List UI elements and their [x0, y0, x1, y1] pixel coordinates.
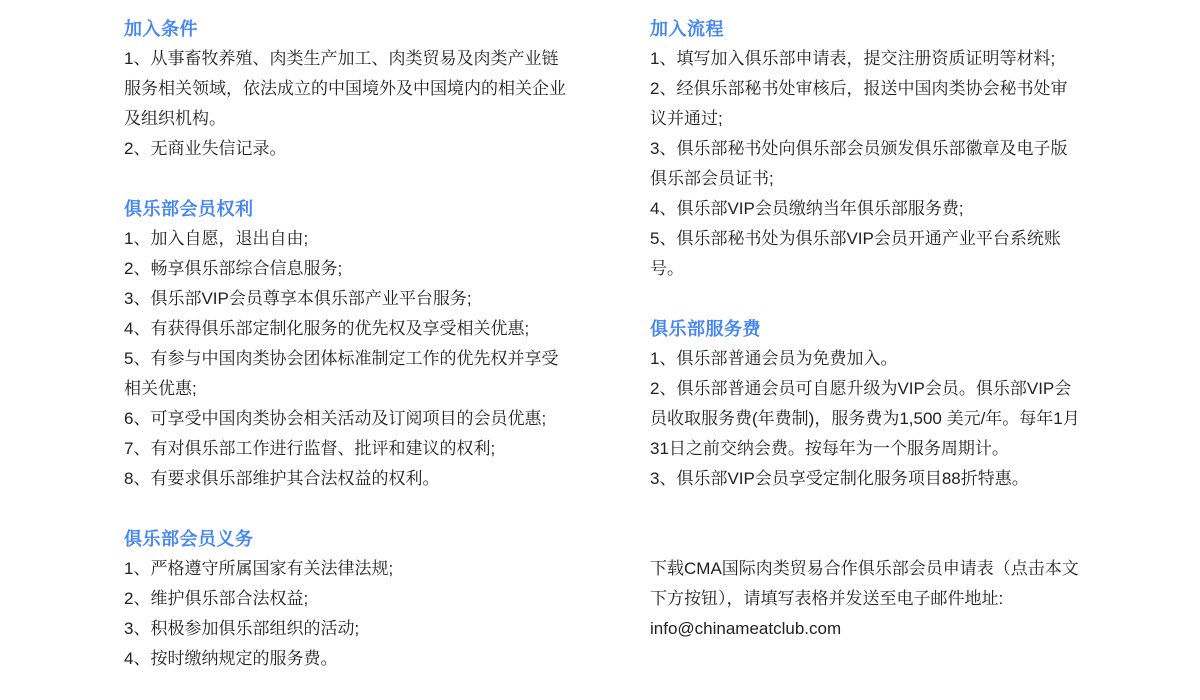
section-service-fee: 俱乐部服务费 1、俱乐部普通会员为免费加入。 2、俱乐部普通会员可自愿升级为VI…: [650, 314, 1082, 494]
section-member-obligations: 俱乐部会员义务 1、严格遵守所属国家有关法律法规; 2、维护俱乐部合法权益; 3…: [124, 524, 570, 674]
list-item: 1、从事畜牧养殖、肉类生产加工、肉类贸易及肉类产业链服务相关领域，依法成立的中国…: [124, 44, 570, 134]
list-item: 2、经俱乐部秘书处审核后，报送中国肉类协会秘书处审议并通过;: [650, 74, 1082, 134]
section-join-conditions: 加入条件 1、从事畜牧养殖、肉类生产加工、肉类贸易及肉类产业链服务相关领域，依法…: [124, 14, 570, 164]
section-heading-join-conditions: 加入条件: [124, 14, 570, 44]
right-column: 加入流程 1、填写加入俱乐部申请表，提交注册资质证明等材料; 2、经俱乐部秘书处…: [650, 14, 1082, 644]
section-heading-member-obligations: 俱乐部会员义务: [124, 524, 570, 554]
list-item: 2、维护俱乐部合法权益;: [124, 584, 570, 614]
list-item: 1、加入自愿，退出自由;: [124, 224, 570, 254]
list-item: 6、可享受中国肉类协会相关活动及订阅项目的会员优惠;: [124, 404, 570, 434]
section-member-rights: 俱乐部会员权利 1、加入自愿，退出自由; 2、畅享俱乐部综合信息服务; 3、俱乐…: [124, 194, 570, 494]
section-heading-service-fee: 俱乐部服务费: [650, 314, 1082, 344]
section-heading-join-process: 加入流程: [650, 14, 1082, 44]
list-item: 3、积极参加俱乐部组织的活动;: [124, 614, 570, 644]
list-item: 2、畅享俱乐部综合信息服务;: [124, 254, 570, 284]
section-heading-member-rights: 俱乐部会员权利: [124, 194, 570, 224]
list-item: 8、有要求俱乐部维护其合法权益的权利。: [124, 464, 570, 494]
email-address: info@chinameatclub.com: [650, 614, 1082, 644]
list-item: 1、填写加入俱乐部申请表，提交注册资质证明等材料;: [650, 44, 1082, 74]
list-item: 2、无商业失信记录。: [124, 134, 570, 164]
left-column: 加入条件 1、从事畜牧养殖、肉类生产加工、肉类贸易及肉类产业链服务相关领域，依法…: [124, 14, 570, 674]
list-item: 3、俱乐部VIP会员尊享本俱乐部产业平台服务;: [124, 284, 570, 314]
list-item: 4、俱乐部VIP会员缴纳当年俱乐部服务费;: [650, 194, 1082, 224]
list-item: 5、俱乐部秘书处为俱乐部VIP会员开通产业平台系统账号。: [650, 224, 1082, 284]
list-item: 5、有参与中国肉类协会团体标准制定工作的优先权并享受相关优惠;: [124, 344, 570, 404]
list-item: 1、严格遵守所属国家有关法律法规;: [124, 554, 570, 584]
download-instructions: 下载CMA国际肉类贸易合作俱乐部会员申请表（点击本文下方按钮），请填写表格并发送…: [650, 554, 1082, 644]
list-item: 1、俱乐部普通会员为免费加入。: [650, 344, 1082, 374]
section-join-process: 加入流程 1、填写加入俱乐部申请表，提交注册资质证明等材料; 2、经俱乐部秘书处…: [650, 14, 1082, 284]
list-item: 2、俱乐部普通会员可自愿升级为VIP会员。俱乐部VIP会员收取服务费(年费制)，…: [650, 374, 1082, 464]
list-item: 4、按时缴纳规定的服务费。: [124, 644, 570, 674]
list-item: 7、有对俱乐部工作进行监督、批评和建议的权利;: [124, 434, 570, 464]
list-item: 4、有获得俱乐部定制化服务的优先权及享受相关优惠;: [124, 314, 570, 344]
download-note-text: 下载CMA国际肉类贸易合作俱乐部会员申请表（点击本文下方按钮），请填写表格并发送…: [650, 554, 1082, 614]
list-item: 3、俱乐部秘书处向俱乐部会员颁发俱乐部徽章及电子版俱乐部会员证书;: [650, 134, 1082, 194]
list-item: 3、俱乐部VIP会员享受定制化服务项目88折特惠。: [650, 464, 1082, 494]
